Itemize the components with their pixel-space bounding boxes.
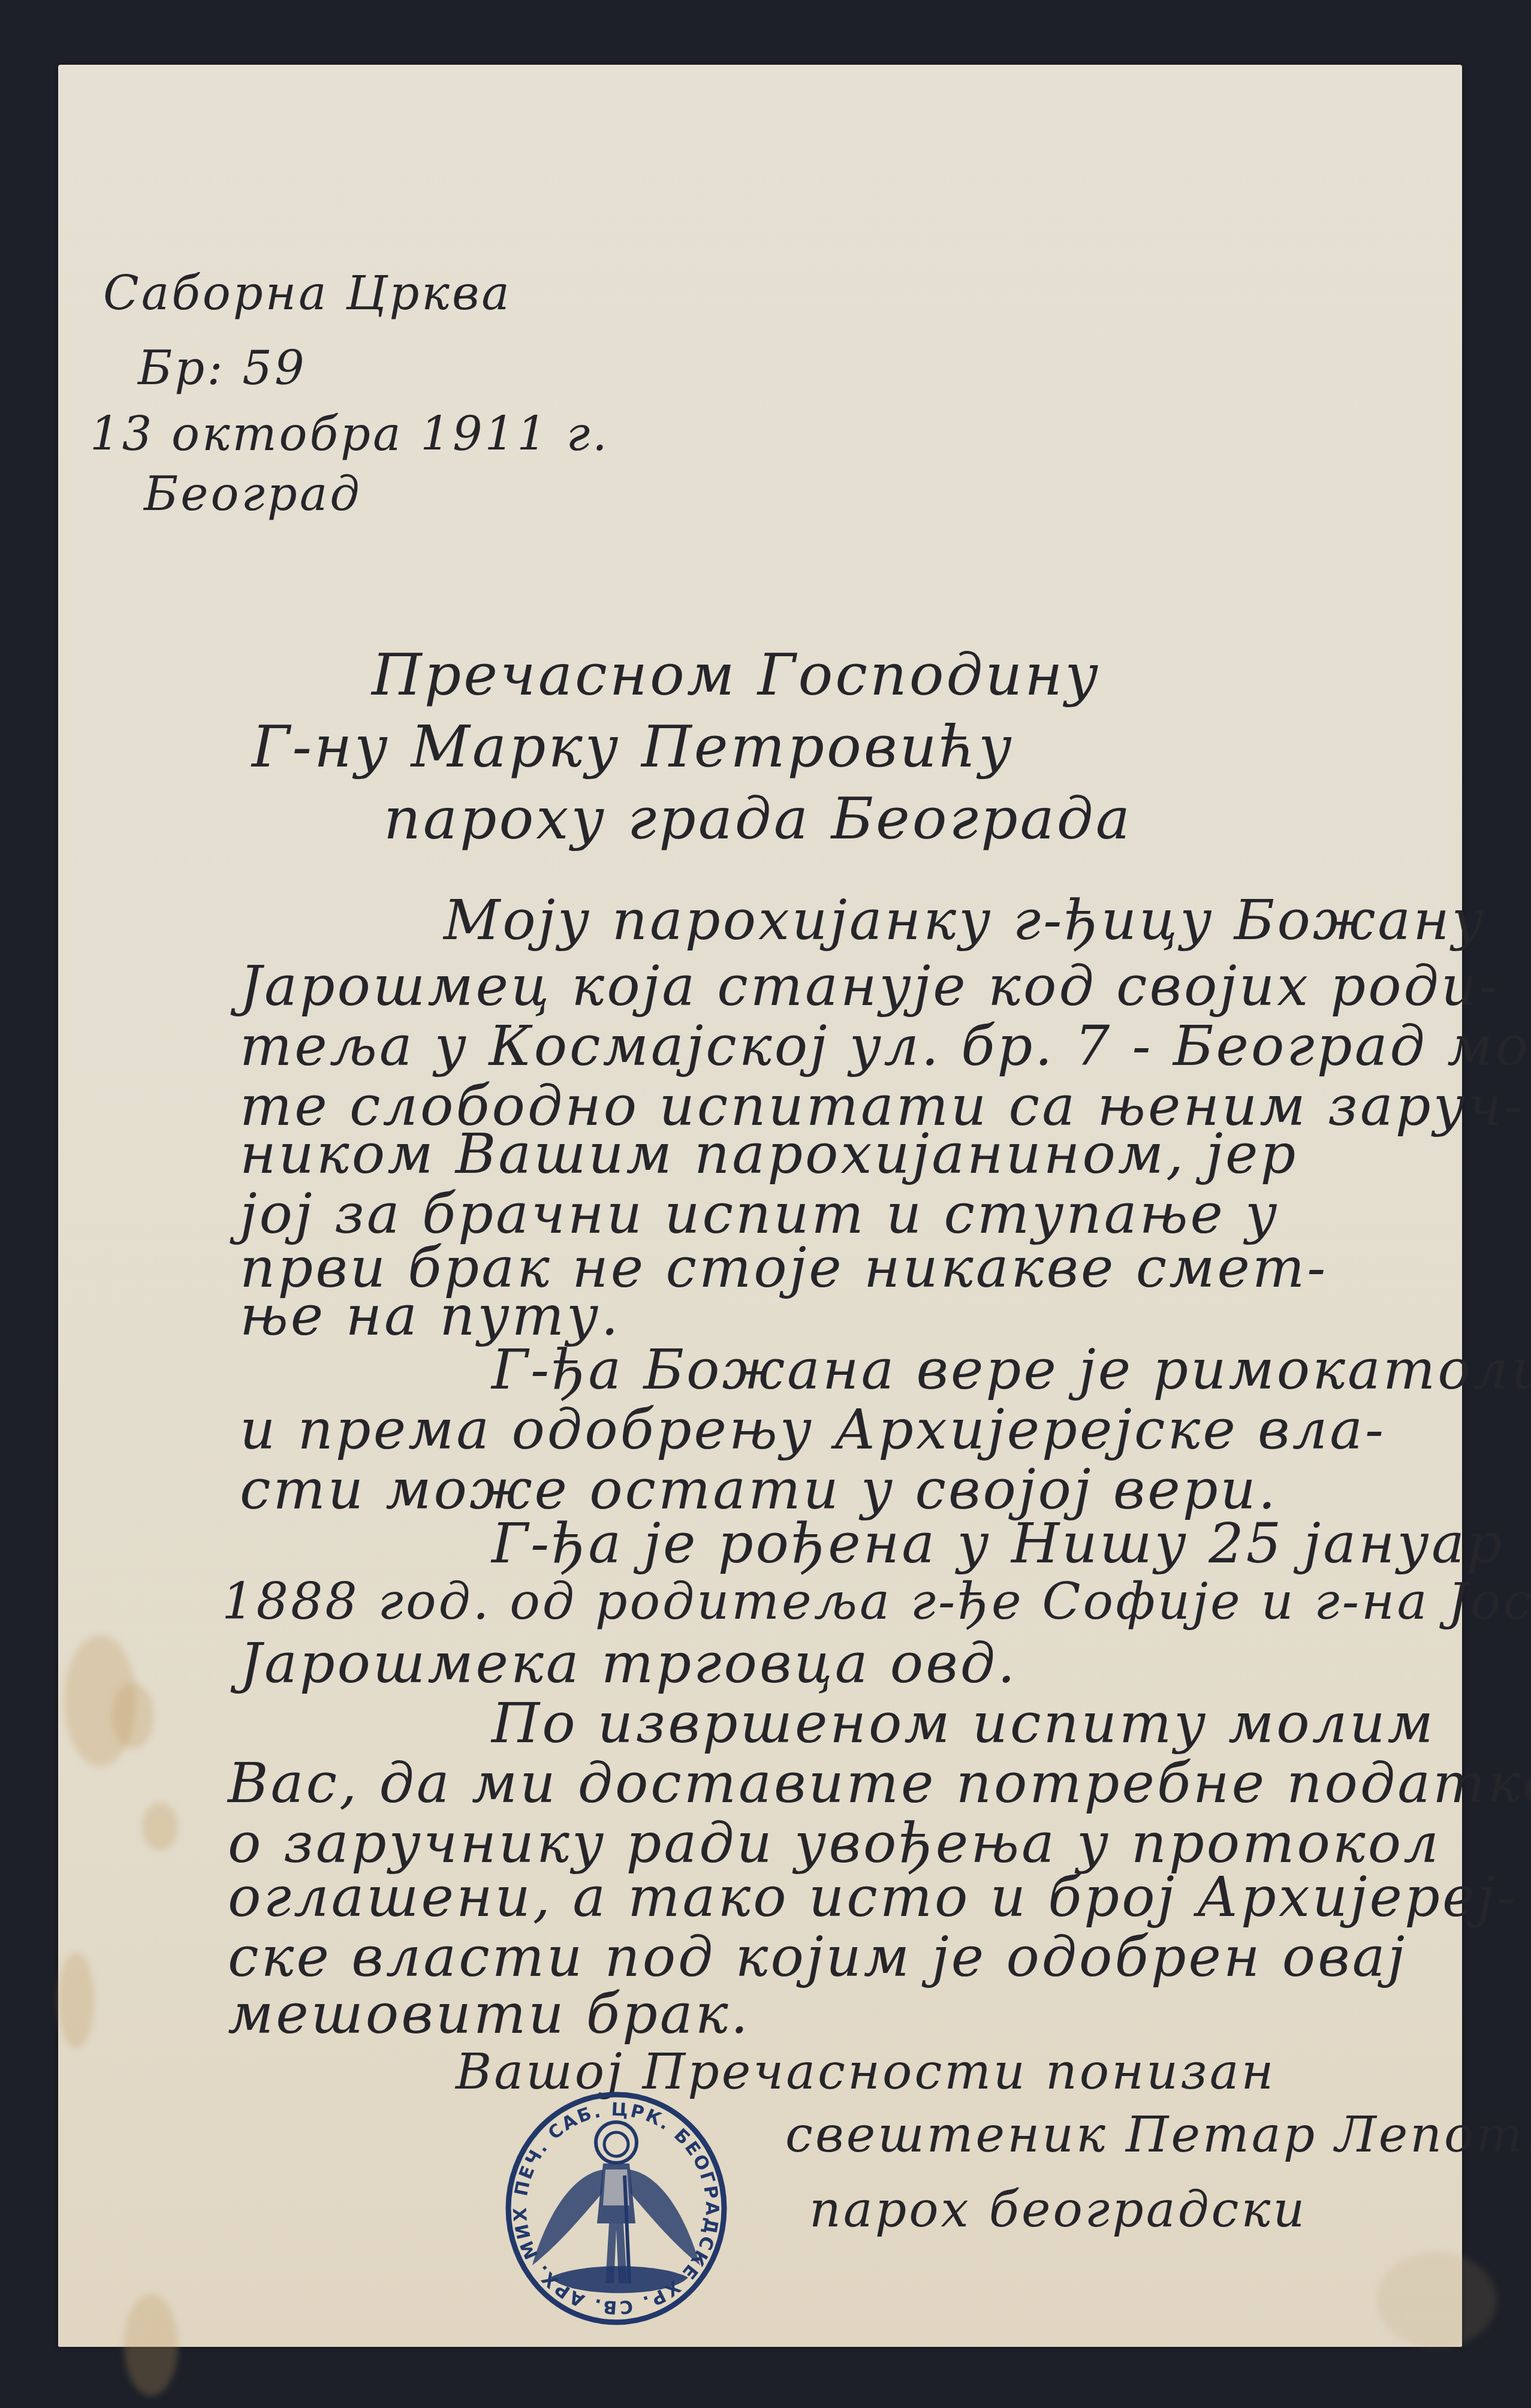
address-line-1: Пречасном Господину	[372, 641, 1101, 708]
body-p1-line-6: јој за брачни испит и ступање у	[240, 1187, 1280, 1242]
address-line-3: пароху града Београда	[384, 785, 1132, 852]
body-p4-line-6: мешовити брак.	[228, 1987, 751, 2042]
stain	[112, 1683, 154, 1749]
body-p1-line-5: ником Вашим парохијанином, јер	[240, 1127, 1298, 1182]
body-p4-line-2: Вас, да ми доставите потребне податке	[228, 1756, 1531, 1811]
body-p4-line-4: оглашени, а тако исто и број Архијереј-	[228, 1870, 1518, 1925]
header-date: 13 октобра 1911 г.	[90, 408, 610, 461]
header-place: Београд	[144, 467, 362, 521]
header-number: Бр: 59	[138, 342, 307, 396]
stain	[58, 1953, 94, 2048]
signature-title: парох београдски	[809, 2181, 1307, 2238]
stain	[1377, 2252, 1497, 2348]
body-p1-line-3: теља у Космајској ул. бр. 7 - Београд мо…	[240, 1019, 1531, 1074]
stain	[142, 1803, 178, 1851]
body-p2-line-3: сти може остати у својој вери.	[240, 1462, 1278, 1517]
body-p2-line-1: Г-ђа Божана вере је римокатоличке	[492, 1342, 1531, 1398]
church-seal-stamp: ПЕЧ. САБ. ЦРК. БЕОГРАДСКЕ ХР. СВ. АРХ. М…	[496, 2086, 736, 2331]
body-p3-line-1: Г-ђа је рођена у Нишу 25 јануар	[492, 1516, 1505, 1571]
archangel-michael-icon: ПЕЧ. САБ. ЦРК. БЕОГРАДСКЕ ХР. СВ. АРХ. М…	[496, 2086, 736, 2331]
body-p1-line-1: Моју парохијанку г-ђицу Божану	[444, 893, 1486, 948]
body-p1-line-2: Јарошмец која станује код својих роди-	[240, 959, 1500, 1014]
header-institution: Саборна Црква	[103, 267, 512, 321]
stain	[124, 2294, 178, 2396]
body-p2-line-2: и према одобрењу Архијерејске вла-	[240, 1402, 1386, 1458]
body-p4-line-1: По извршеном испиту молим	[492, 1696, 1436, 1751]
address-line-2: Г-ну Марку Петровићу	[252, 713, 1014, 780]
body-p4-line-5: ске власти под којим је одобрен овај	[228, 1930, 1407, 1985]
body-p4-line-3: о заручнику ради увођења у протокол	[228, 1816, 1441, 1871]
signature-name: свештеник Петар Лепот.	[785, 2107, 1531, 2163]
body-p3-line-3: Јарошмека трговца овд.	[240, 1636, 1017, 1691]
body-p1-line-8: ње на путу.	[240, 1289, 621, 1344]
body-p3-line-2: 1888 год. од родитеља г-ђе Софије и г-на…	[222, 1576, 1531, 1627]
